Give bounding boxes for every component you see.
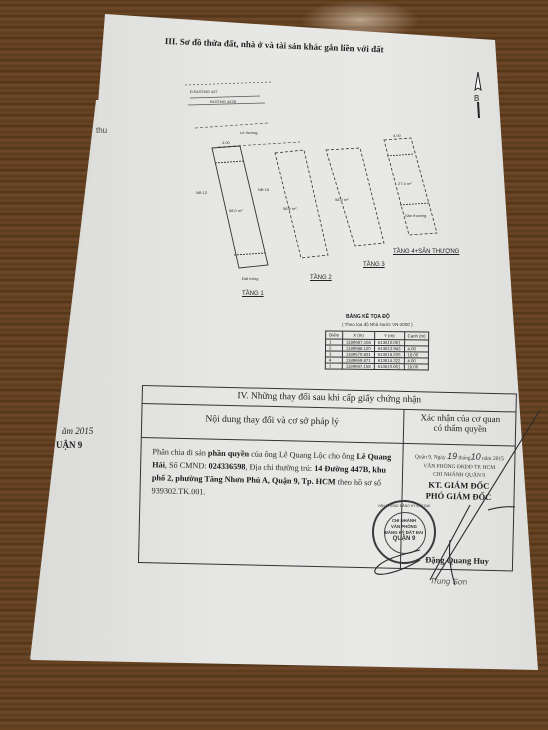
cell: 613613.943 (374, 345, 404, 351)
content-text: , Số CMND: (165, 461, 209, 471)
coordinate-table-title: BẢNG KÊ TỌA ĐỘ (346, 314, 390, 320)
table-row: 1 1189687.158 613610.061 18.00 (325, 363, 428, 370)
floor-4-width: 4.00 (393, 133, 401, 138)
cell: 18.00 (404, 364, 429, 370)
month-prefix: tháng (458, 455, 470, 461)
floor-3-area: 58.0 m² (335, 197, 349, 202)
date-prefix: Quận 9, Ngày (415, 454, 446, 461)
handwritten-note: Trung Sơn (430, 576, 467, 586)
stamp-line: QUẬN 9 (374, 536, 434, 542)
floor-1-note: Đất trống (242, 276, 258, 281)
authority-confirmation: Quận 9, Ngày 19 tháng10 năm 2015 VĂN PHÒ… (402, 451, 515, 503)
content-text: , Địa chỉ thường trú: (245, 462, 314, 473)
content-text-bold: phần quyền (208, 449, 249, 459)
floor-1-area: 58.0 m² (229, 208, 243, 213)
floor-4-note: Sân thượng (405, 213, 426, 218)
section-4-changes-table: IV. Những thay đổi sau khi cấp giấy chứn… (138, 385, 517, 571)
cell: 1189687.158 (343, 339, 375, 345)
date-year: năm 2015 (482, 456, 504, 462)
neighbor-label: NB 12 (196, 190, 207, 195)
floor-3-label: TẦNG 3 (363, 262, 385, 268)
floor-4-area: 27.4 m² (398, 181, 412, 186)
street-label: Đ.ĐƯỜNG 447 (190, 89, 218, 94)
content-text: của ông Lê Quang Lộc cho ông (249, 449, 357, 460)
date-day: 19 (447, 451, 457, 461)
stamp-text: CHI NHÁNH VĂN PHÒNG ĐĂNG KÝ ĐẤT ĐAI QUẬN… (374, 518, 434, 542)
street-label: Lề đường (240, 130, 258, 135)
coord-header: Điểm (326, 331, 343, 339)
neighbor-label: NB 16 (258, 187, 269, 192)
floor-2-label: TẦNG 2 (310, 275, 332, 281)
cell: 613618.205 (374, 351, 404, 357)
north-label: B (474, 94, 479, 103)
cell: 613610.061 (374, 363, 404, 369)
floor-1-width: 4.00 (222, 140, 230, 145)
content-text: Phân chia di sản (152, 447, 208, 457)
cell: 1189669.871 (342, 357, 374, 363)
cell: 1189687.158 (342, 363, 374, 369)
cell: 1189688.120 (343, 345, 375, 351)
change-content: Phân chia di sản phần quyền của ông Lê Q… (151, 445, 400, 503)
cell: 1 (325, 363, 342, 369)
floor-1-label: TẦNG 1 (242, 291, 264, 297)
stamp-ring-text: VĂN PHÒNG ĐĂNG KÝ ĐẤT ĐAI (374, 504, 434, 508)
authority-column-header: Xác nhận của cơ quan có thẩm quyền (404, 412, 516, 435)
floor-4-label: TẦNG 4+SÂN THƯỢNG (393, 249, 459, 255)
id-number: 024336598 (209, 462, 246, 472)
coord-header: Cạnh (m) (404, 332, 429, 340)
cell: 1189670.831 (342, 351, 374, 357)
date-month: 10 (471, 451, 481, 461)
street-label: ĐƯỜNG 447B (210, 99, 236, 104)
coordinate-table-subtitle: ( Theo tọa độ Nhà Nước VN-2000 ) (342, 322, 413, 327)
floor-2-area: 58.8 m² (283, 206, 297, 211)
cell: 613614.322 (374, 357, 404, 363)
site-plan-drawing (0, 0, 548, 730)
cell: 613610.061 (374, 339, 404, 345)
coordinate-table: Điểm X (m) Y (m) Cạnh (m) 1 1189687.158 … (325, 330, 430, 370)
official-stamp: VĂN PHÒNG ĐĂNG KÝ ĐẤT ĐAI CHI NHÁNH VĂN … (372, 500, 436, 564)
